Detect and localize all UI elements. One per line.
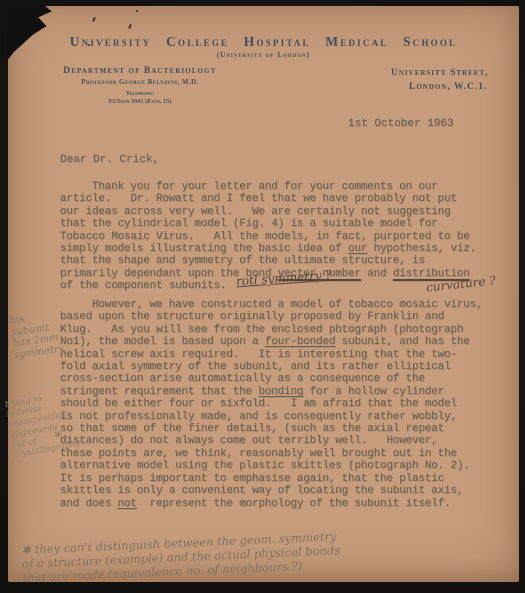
pencil-bottom-note: ✱ they can't distinguish between the geo… bbox=[21, 530, 341, 585]
telephone-number: EUSton 3941 (Extn. 15) bbox=[56, 98, 224, 105]
letterhead-department-block: Department of Bacteriology Professor Geo… bbox=[56, 66, 224, 105]
address-street: University Street, bbox=[391, 68, 489, 78]
scan-background: University College Hospital Medical Scho… bbox=[0, 0, 525, 593]
ink-speck bbox=[92, 17, 96, 22]
letterhead-institution-sub: (University of London) bbox=[8, 51, 519, 59]
letter-page: University College Hospital Medical Scho… bbox=[8, 6, 519, 582]
date-line: 1st October 1963 bbox=[348, 118, 454, 130]
body-paragraph-2: However, we have constructed a model of … bbox=[60, 299, 482, 510]
salutation: Dear Dr. Crick, bbox=[60, 154, 159, 166]
pencil-margin-note-crystallography: trying torederiveunsuccessfullyalignment… bbox=[4, 389, 81, 461]
letterhead-institution: University College Hospital Medical Scho… bbox=[8, 34, 519, 50]
letterhead-address-block: University Street, London, W.C.1. bbox=[391, 68, 489, 92]
telephone-label: Telephone: bbox=[56, 90, 224, 97]
ink-speck bbox=[128, 24, 132, 29]
pencil-margin-note-subunit-symmetry: hissubunithas 2mmsymmetry bbox=[9, 309, 65, 362]
address-city: London, W.C.1. bbox=[409, 82, 489, 92]
professor-name: Professor George Belyavin, M.D. bbox=[56, 79, 224, 86]
ink-speck bbox=[136, 10, 138, 12]
department-name: Department of Bacteriology bbox=[56, 66, 224, 76]
